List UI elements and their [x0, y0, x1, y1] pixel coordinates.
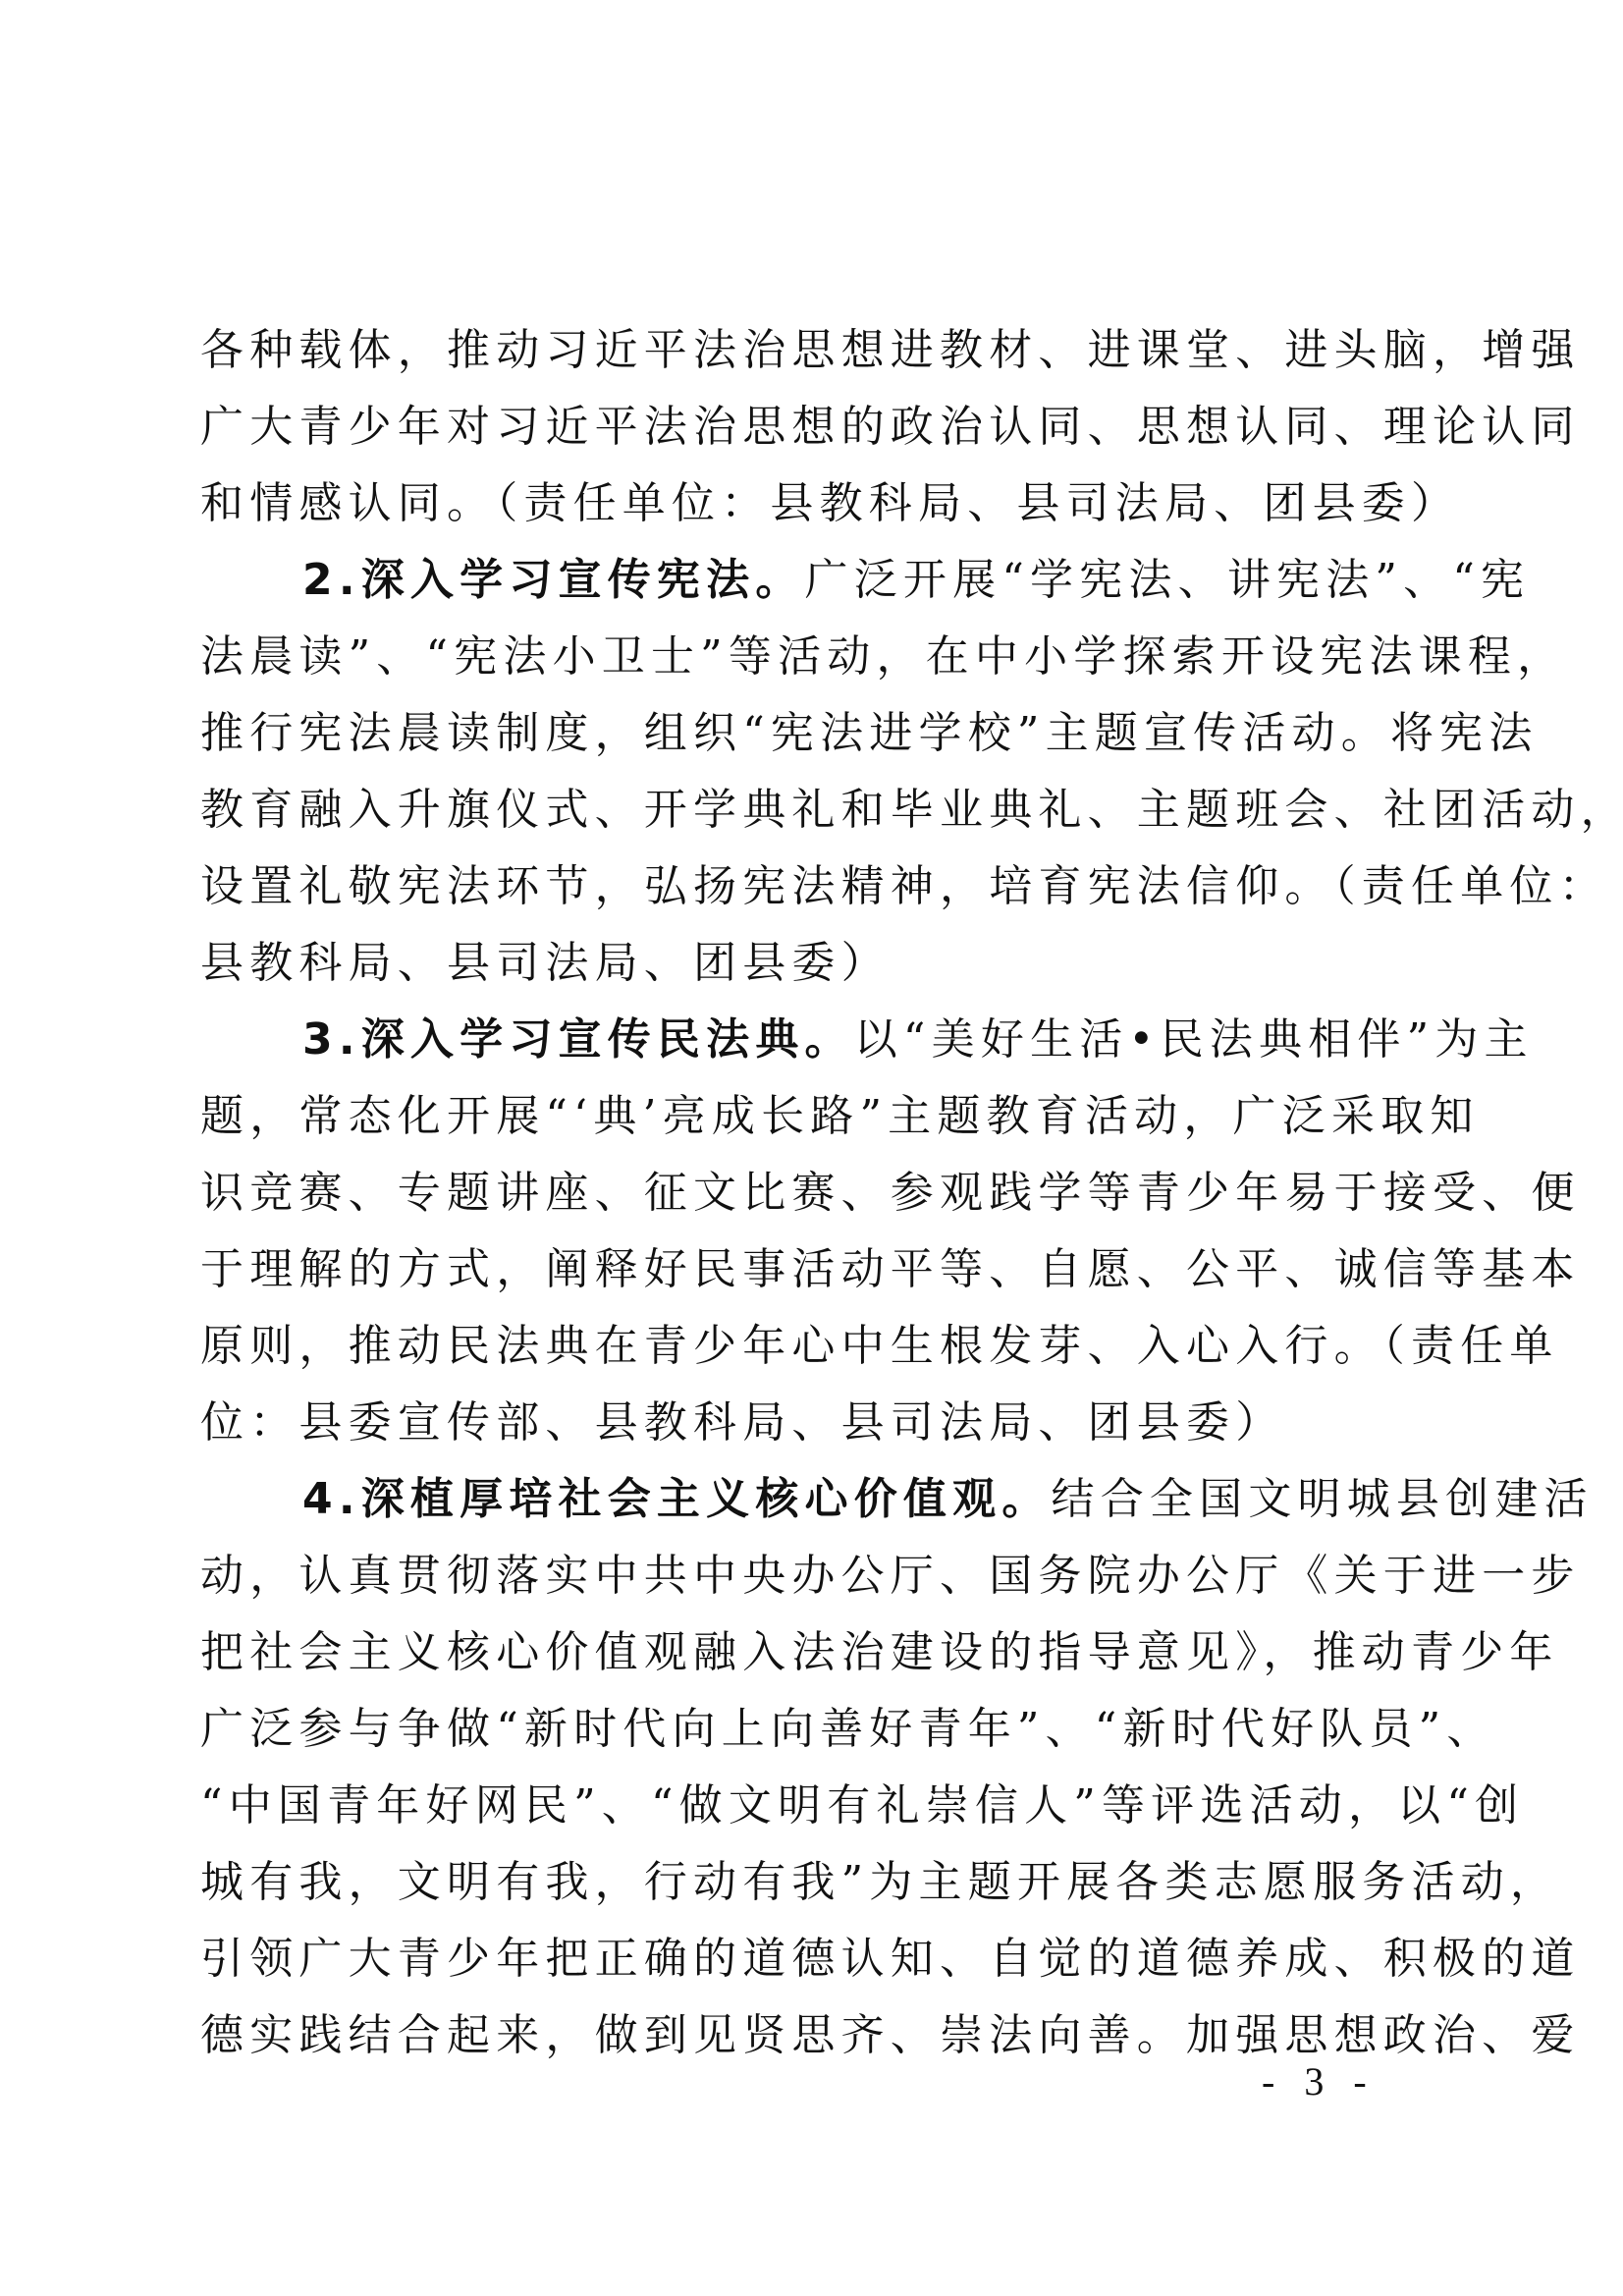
- text-line: 识竞赛、专题讲座、征文比赛、参观践学等青少年易于接受、便: [200, 1155, 1414, 1231]
- text-line: 推行宪法晨读制度，组织“宪法进学校”主题宣传活动。将宪法: [200, 695, 1414, 772]
- line-text: 原则，推动民法典在青少年心中生根发芽、入心入行。（责任单: [200, 1321, 1559, 1371]
- text-line: 县教科局、县司法局、团县委）: [200, 925, 1414, 1002]
- paragraph-heading-line: 3.深入学习宣传民法典。以“美好生活•民法典相伴”为主: [200, 1002, 1414, 1078]
- text-line: 法晨读”、“宪法小卫士”等活动，在中小学探索开设宪法课程，: [200, 619, 1414, 695]
- line-text: 识竞赛、专题讲座、征文比赛、参观践学等青少年易于接受、便: [200, 1168, 1581, 1218]
- line-text: 教育融入升旗仪式、开学典礼和毕业典礼、主题班会、社团活动，: [200, 785, 1623, 835]
- line-text: 法晨读”、“宪法小卫士”等活动，在中小学探索开设宪法课程，: [200, 631, 1566, 682]
- text-line: 德实践结合起来，做到见贤思齐、崇法向善。加强思想政治、爱: [200, 1997, 1414, 2074]
- text-line: 和情感认同。（责任单位：县教科局、县司法局、团县委）: [200, 465, 1414, 542]
- text-line: 引领广大青少年把正确的道德认知、自觉的道德养成、积极的道: [200, 1921, 1414, 1997]
- text-line: 各种载体，推动习近平法治思想进教材、进课堂、进头脑，增强: [200, 312, 1414, 389]
- line-text: 把社会主义核心价值观融入法治建设的指导意见》，推动青少年: [200, 1627, 1559, 1677]
- line-text: 各种载体，推动习近平法治思想进教材、进课堂、进头脑，增强: [200, 325, 1581, 375]
- body-text: 各种载体，推动习近平法治思想进教材、进课堂、进头脑，增强 广大青少年对习近平法治…: [200, 312, 1414, 2074]
- line-text: 设置礼敬宪法环节，弘扬宪法精神，培育宪法信仰。（责任单位：: [200, 861, 1608, 911]
- line-text: 位：县委宣传部、县教科局、县司法局、团县委）: [200, 1397, 1284, 1448]
- line-text: 广泛开展“学宪法、讲宪法”、“宪: [805, 555, 1531, 605]
- section-heading: 4.深植厚培社会主义核心价值观。: [302, 1474, 1052, 1524]
- text-line: 原则，推动民法典在青少年心中生根发芽、入心入行。（责任单: [200, 1308, 1414, 1385]
- line-text: 推行宪法晨读制度，组织“宪法进学校”主题宣传活动。将宪法: [200, 708, 1539, 758]
- line-text: 城有我，文明有我，行动有我”为主题开展各类志愿服务活动，: [200, 1857, 1559, 1907]
- section-heading: 2.深入学习宣传宪法。: [302, 555, 805, 605]
- text-line: 动，认真贯彻落实中共中央办公厅、国务院办公厅《关于进一步: [200, 1538, 1414, 1614]
- line-text: 德实践结合起来，做到见贤思齐、崇法向善。加强思想政治、爱: [200, 2010, 1581, 2060]
- text-line: 把社会主义核心价值观融入法治建设的指导意见》，推动青少年: [200, 1614, 1414, 1691]
- text-line: 题，常态化开展“‘典’亮成长路”主题教育活动，广泛采取知: [200, 1078, 1414, 1155]
- text-line: “中国青年好网民”、“做文明有礼崇信人”等评选活动，以“创: [200, 1768, 1414, 1844]
- text-line: 城有我，文明有我，行动有我”为主题开展各类志愿服务活动，: [200, 1844, 1414, 1921]
- line-text: “中国青年好网民”、“做文明有礼崇信人”等评选活动，以“创: [200, 1780, 1524, 1831]
- section-heading: 3.深入学习宣传民法典。: [302, 1014, 854, 1065]
- line-text: 广大青少年对习近平法治思想的政治认同、思想认同、理论认同: [200, 402, 1581, 452]
- text-line: 设置礼敬宪法环节，弘扬宪法精神，培育宪法信仰。（责任单位：: [200, 848, 1414, 925]
- page-number: - 3 -: [1262, 2057, 1377, 2106]
- paragraph-heading-line: 4.深植厚培社会主义核心价值观。结合全国文明城县创建活: [200, 1461, 1414, 1538]
- line-text: 动，认真贯彻落实中共中央办公厅、国务院办公厅《关于进一步: [200, 1551, 1581, 1601]
- line-text: 广泛参与争做“新时代向上向善好青年”、“新时代好队员”、: [200, 1704, 1496, 1754]
- line-text: 县教科局、县司法局、团县委）: [200, 938, 891, 988]
- text-line: 位：县委宣传部、县教科局、县司法局、团县委）: [200, 1385, 1414, 1461]
- line-text: 以“美好生活•民法典相伴”为主: [854, 1014, 1534, 1065]
- line-text: 和情感认同。（责任单位：县教科局、县司法局、团县委）: [200, 478, 1460, 528]
- text-line: 于理解的方式，阐释好民事活动平等、自愿、公平、诚信等基本: [200, 1231, 1414, 1308]
- document-page: 各种载体，推动习近平法治思想进教材、进课堂、进头脑，增强 广大青少年对习近平法治…: [0, 0, 1623, 2296]
- line-text: 于理解的方式，阐释好民事活动平等、自愿、公平、诚信等基本: [200, 1244, 1581, 1294]
- text-line: 广大青少年对习近平法治思想的政治认同、思想认同、理论认同: [200, 389, 1414, 465]
- line-text: 结合全国文明城县创建活: [1052, 1474, 1594, 1524]
- text-line: 广泛参与争做“新时代向上向善好青年”、“新时代好队员”、: [200, 1691, 1414, 1768]
- line-text: 题，常态化开展“‘典’亮成长路”主题教育活动，广泛采取知: [200, 1091, 1480, 1141]
- paragraph-heading-line: 2.深入学习宣传宪法。广泛开展“学宪法、讲宪法”、“宪: [200, 542, 1414, 619]
- text-line: 教育融入升旗仪式、开学典礼和毕业典礼、主题班会、社团活动，: [200, 772, 1414, 848]
- line-text: 引领广大青少年把正确的道德认知、自觉的道德养成、积极的道: [200, 1934, 1581, 1984]
